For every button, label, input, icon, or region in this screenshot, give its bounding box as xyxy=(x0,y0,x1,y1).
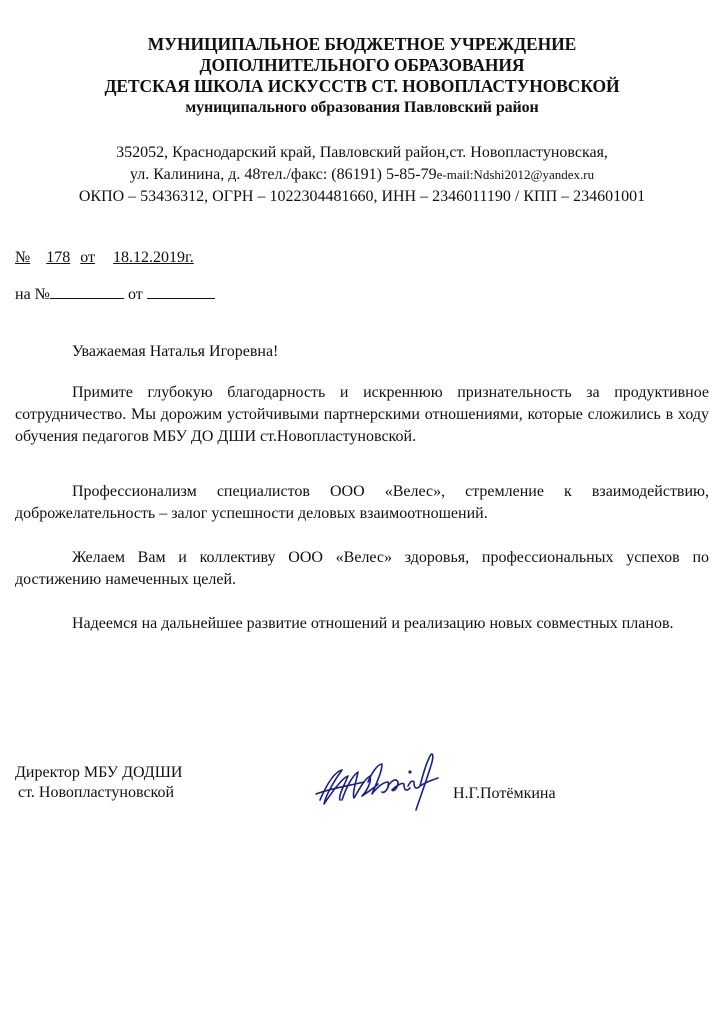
signatory-title: Директор МБУ ДОДШИ ст. Новопластуновской xyxy=(15,763,182,803)
signatory-location: ст. Новопластуновской xyxy=(15,783,182,803)
paragraph-text: Примите глубокую благодарность и искренн… xyxy=(15,382,709,448)
address-phone: ул. Калинина, д. 48тел./факс: (86191) 5-… xyxy=(130,166,437,183)
registry-codes: ОКПО – 53436312, ОГРН – 1022304481660, И… xyxy=(0,186,724,208)
signer-name: Н.Г.Потёмкина xyxy=(453,784,556,804)
outgoing-number: №178от18.12.2019г. xyxy=(15,248,194,268)
letterhead: МУНИЦИПАЛЬНОЕ БЮДЖЕТНОЕ УЧРЕЖДЕНИЕ ДОПОЛ… xyxy=(0,34,724,118)
number-sign: № xyxy=(15,249,30,266)
contact-info: 352052, Краснодарский край, Павловский р… xyxy=(0,142,724,208)
email-text: e-mail:Ndshi2012@yandex.ru xyxy=(437,167,594,182)
reply-date-blank xyxy=(147,283,215,299)
letter-date: 18.12.2019г. xyxy=(113,249,194,266)
reply-number-label: на № xyxy=(15,286,50,303)
org-name-line2: ДОПОЛНИТЕЛЬНОГО ОБРАЗОВАНИЯ xyxy=(0,55,724,76)
from-label: от xyxy=(80,249,95,266)
address-line2: ул. Калинина, д. 48тел./факс: (86191) 5-… xyxy=(0,164,724,186)
handwritten-signature-icon xyxy=(312,742,447,817)
paragraph-gratitude: Примите глубокую благодарность и искренн… xyxy=(15,382,709,448)
paragraph-text: Желаем Вам и коллективу ООО «Велес» здор… xyxy=(15,547,709,591)
paragraph-hope: Надеемся на дальнейшее развитие отношени… xyxy=(15,613,709,635)
reply-reference: на № от xyxy=(15,283,215,305)
reply-number-blank xyxy=(50,283,124,299)
address-line1: 352052, Краснодарский край, Павловский р… xyxy=(0,142,724,164)
org-name-line1: МУНИЦИПАЛЬНОЕ БЮДЖЕТНОЕ УЧРЕЖДЕНИЕ xyxy=(0,34,724,55)
letter-page: МУНИЦИПАЛЬНОЕ БЮДЖЕТНОЕ УЧРЕЖДЕНИЕ ДОПОЛ… xyxy=(0,0,724,1024)
paragraph-text: Надеемся на дальнейшее развитие отношени… xyxy=(15,613,709,635)
signatory-position: Директор МБУ ДОДШИ xyxy=(15,763,182,783)
org-name-line3: ДЕТСКАЯ ШКОЛА ИСКУССТВ СТ. НОВОПЛАСТУНОВ… xyxy=(0,76,724,97)
letter-number: 178 xyxy=(46,249,70,266)
greeting: Уважаемая Наталья Игоревна! xyxy=(72,342,278,362)
paragraph-professionalism: Профессионализм специалистов ООО «Велес»… xyxy=(15,481,709,525)
org-municipality: муниципального образования Павловский ра… xyxy=(0,97,724,118)
paragraph-text: Профессионализм специалистов ООО «Велес»… xyxy=(15,481,709,525)
paragraph-wishes: Желаем Вам и коллективу ООО «Велес» здор… xyxy=(15,547,709,591)
reply-from-label: от xyxy=(128,286,143,303)
